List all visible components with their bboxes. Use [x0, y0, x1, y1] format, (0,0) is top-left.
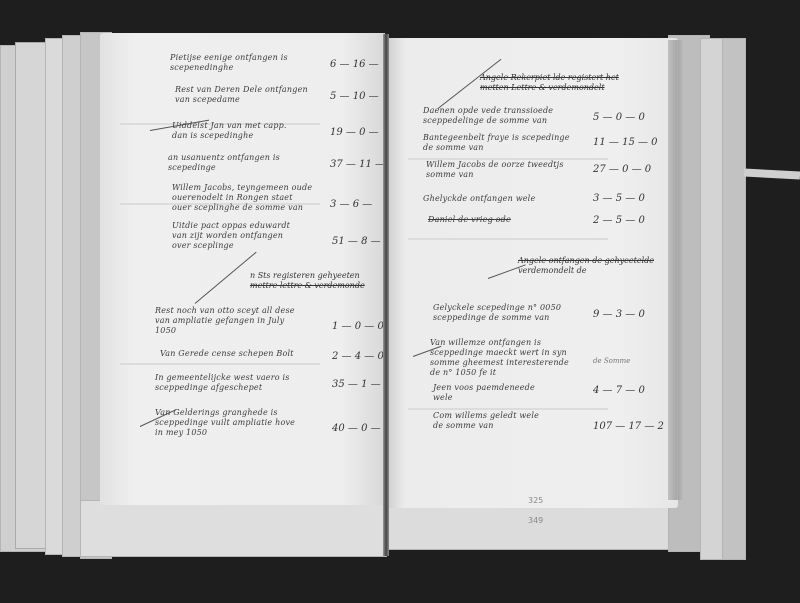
entry-amount: 107 — 17 — 2	[593, 421, 664, 432]
bleed-through-line	[408, 238, 608, 240]
entry-amount: 51 — 8 —	[332, 236, 381, 247]
ledger-entry: an usanuentz ontfangen is scepedinge	[168, 153, 280, 173]
section-heading-2: Angele ontfangen de gehyeetelde verdemon…	[518, 256, 654, 276]
entry-amount: 2 — 4 — 0	[332, 351, 384, 362]
ledger-entry: Uitdie pact oppas eduwardt van zijt word…	[172, 221, 290, 251]
page-number-lower: 349	[528, 516, 543, 525]
entry-amount: 6 — 16 —	[330, 59, 379, 70]
entry-amount: 27 — 0 — 0	[593, 164, 651, 175]
ledger-entry: Daniel de vrieg ode	[428, 215, 511, 225]
ledger-entry: Willem Jacobs, teyngemeen oude ouerenode…	[172, 183, 312, 213]
bleed-through-line	[408, 408, 608, 410]
ledger-entry: Van willemze ontfangen is sceppedinge ma…	[430, 338, 569, 378]
ledger-entry: Rest noch van otto sceyt all dese van am…	[155, 306, 295, 336]
entry-amount: 35 — 1 — 0	[332, 379, 390, 390]
entry-amount: 37 — 11 —	[330, 159, 385, 170]
ledger-entry: Van Gelderings granghede is sceppedinge …	[155, 408, 295, 438]
margin-note: de Somme	[593, 357, 630, 365]
entry-amount: 40 — 0 —	[332, 423, 381, 434]
entry-amount: 5 — 10 —	[330, 91, 379, 102]
page-number-upper: 325	[528, 496, 543, 505]
ledger-entry: Bantegeenbelt fraye is scepedinge de som…	[423, 133, 570, 153]
entry-amount: 3 — 6 —	[330, 199, 372, 210]
ledger-entry: In gemeentelijcke west vaero is sceppedi…	[155, 373, 290, 393]
ledger-entry: Gelyckele scepedinge n° 0050 sceppedinge…	[433, 303, 561, 323]
left-page: Pietijse eenige ontfangen is scepeneding…	[100, 33, 385, 505]
entry-amount: 1 — 0 — 0	[332, 321, 384, 332]
ledger-entry: Van Gerede cense schepen Bolt	[160, 349, 294, 359]
entry-amount: 3 — 5 — 0	[593, 193, 645, 204]
section-heading: Angele Rekerpiet lde registert het mette…	[480, 73, 619, 93]
ledger-entry: Daenen opde vede transsioede sceppedelin…	[423, 106, 553, 126]
entry-amount: 11 — 15 — 0	[593, 137, 658, 148]
entry-amount: 19 — 0 —	[330, 127, 379, 138]
ledger-entry: Uiddelst Jan van met capp. dan is sceped…	[172, 121, 287, 141]
ledger-entry: Jeen voos paemdeneede wele	[433, 383, 535, 403]
ledger-entry: Pietijse eenige ontfangen is scepeneding…	[170, 53, 288, 73]
ledger-entry: Ghelyckde ontfangen wele	[423, 194, 535, 204]
right-page: Angele Rekerpiet lde registert het mette…	[388, 38, 678, 508]
ribbon-bookmark	[744, 169, 800, 180]
entry-amount: 5 — 0 — 0	[593, 112, 645, 123]
ledger-entry: Rest van Deren Dele ontfangen van sceped…	[175, 85, 308, 105]
entry-amount: 9 — 3 — 0	[593, 309, 645, 320]
left-page-bottom-leaf	[80, 500, 387, 557]
ledger-entry: Willem Jacobs de oorze tweedtjs somme va…	[426, 160, 564, 180]
heading-flourish	[195, 252, 257, 304]
entry-amount: 2 — 5 — 0	[593, 215, 645, 226]
stacked-leaf-right-3	[722, 38, 746, 560]
ledger-entry: Com willems geledt wele de somme van	[433, 411, 539, 431]
section-heading: n Sts registeren gehyeeten mettre lettre…	[250, 271, 365, 291]
bleed-through-line	[120, 363, 320, 365]
book-gutter	[383, 34, 389, 556]
entry-amount: 4 — 7 — 0	[593, 385, 645, 396]
worn-page-edge	[668, 40, 684, 500]
